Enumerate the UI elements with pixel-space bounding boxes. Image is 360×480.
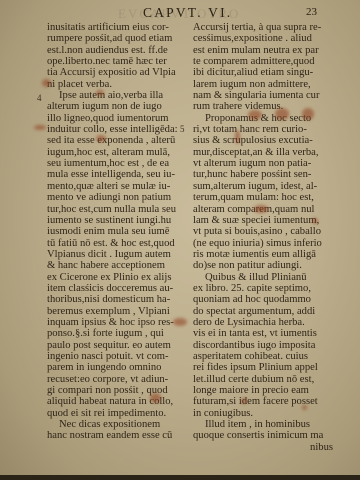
text-line: ope.liberto.nec tamē hæc ter [47,56,187,67]
page-header: CAPVT. VI. 23 [0,4,360,22]
text-line: mento,quæ alteri se mulæ iu- [47,181,187,192]
text-line: do)se non patitur adiungi. [193,260,333,271]
right-text-column: Accursij tertia, à qua supra re-cesśimus… [193,22,333,453]
text-line: iumento se sustinent iungi.hu [47,215,187,226]
text-line: vt alterum iugum non patia- [193,158,333,169]
text-line: aliquid habeat natura in collo, [47,396,187,407]
text-line: tū fatiū nō est. & hoc est,quod [47,238,187,249]
text-line: rei fides ipsum Plinium appel [193,362,333,373]
text-line: larem iugum non admittere, [193,79,333,90]
ink-stain [150,393,161,403]
text-line: tia Accursij expositio ad Vlpia [47,67,187,78]
text-line: sed ita esse exponenda , alterū [47,135,187,146]
text-line: ris motæ iumentis eum alligā [193,249,333,260]
text-line: dero de Lysimachia herba. [193,317,333,328]
ink-stain [42,79,51,87]
text-line: futuram,si idem facere posset [193,396,333,407]
text-line: inquam ipsius & hoc ipso res- [47,317,187,328]
text-line: tur,hoc est,cum nulla mula seu [47,204,187,215]
text-line: tur,hunc habere posśint sen- [193,169,333,180]
page-number: 23 [306,6,317,18]
text-line: quoniam ad hoc quodammo [193,294,333,305]
text-line: parem in iungendo omnino [47,362,187,373]
text-line: quod ei sit rei impedimento. [47,408,187,419]
text-line: nibus [193,442,333,453]
text-line: induitur collo, esse intelligēda: [47,124,187,135]
text-line: discordantibus iugo imposita [193,340,333,351]
text-line: item clasśicis docceremus au- [47,283,187,294]
text-line: hanc nostram eandem esse cū [47,430,187,441]
page-bottom-edge [0,475,360,480]
text-line: nam & singularia iumenta cur [193,90,333,101]
ink-stain [241,398,247,404]
text-line: longe maiore in precio eam [193,385,333,396]
text-line: Illud item , in hominibus [193,419,333,430]
text-line: ponso.§.si forte iugum , qui [47,328,187,339]
text-line: mula esse intelligenda, seu iu- [47,169,187,180]
ink-stain [312,218,318,224]
text-line: alterum iugum non de iugo [47,101,187,112]
text-line: beremus exemplum , Vlpiani [47,306,187,317]
text-line: mur,disceptat,an & illa verba, [193,147,333,158]
running-title: CAPVT. VI. [143,5,232,21]
ink-stain [96,90,104,96]
ink-stain [302,405,307,410]
left-text-column: inusitatis artificium eius cor-rumpere p… [47,22,187,442]
text-line: seu iumentum,hoc est , de ea [47,158,187,169]
text-line: quoque consertis inimicum ma [193,430,333,441]
ink-stain [96,135,106,142]
text-line: inusitatis artificium eius cor- [47,22,187,33]
text-line: vt puta si bouis,asino , caballo [193,226,333,237]
text-line: let.illud certe dubium nō est, [193,374,333,385]
text-line: ingenio nasci potuit. vt com- [47,351,187,362]
text-line: rumpere posśit,ad quod etiam [47,33,187,44]
text-line: est.l.non audiendus est. ff.de [47,45,187,56]
text-line: ex Cicerone ex Plinio ex alijs [47,272,187,283]
text-line: ibi dicitur,aliud etiam singu- [193,67,333,78]
text-line: iusmodi enim mula seu iumē [47,226,187,237]
text-line: sum,alterum iugum, idest, al- [193,181,333,192]
text-line: Ipse autem aio,verba illa [47,90,187,101]
text-line: paulo post sequitur. eo autem [47,340,187,351]
text-line: mento ve adiungi non patium [47,192,187,203]
ink-stain [235,130,240,144]
marginal-number-left: 4 [37,93,42,103]
ink-stain [248,110,262,120]
text-line: te comparem admittere,quod [193,56,333,67]
text-line: gi compari non posśit , quod [47,385,187,396]
ink-stain [254,205,268,213]
text-line: do spectat argumentum, addi [193,306,333,317]
text-line: ri,vt totam hanc rem curio- [193,124,333,135]
text-line: Quibus & illud Plinianū [193,272,333,283]
ink-stain [173,318,187,326]
ink-stain [275,108,289,120]
text-line: asperitatem cohibeat. cuius [193,351,333,362]
text-line: Accursij tertia, à qua supra re- [193,22,333,33]
ink-stain [34,125,46,130]
text-line: iugum,hoc est, alteram mulā, [47,147,187,158]
text-line: terum,quam mulam: hoc est, [193,192,333,203]
text-line: sius & scrupulosius excutia- [193,135,333,146]
text-line: Vlpianus dicit . Iugum autem [47,249,187,260]
book-page: EVCAPVT OTRO CAPVT. VI. 23 4 5 inusitati… [0,0,360,480]
text-line: ex libro. 25. capite septimo, [193,283,333,294]
text-line: Nec dicas expositionem [47,419,187,430]
text-line: cesśimus,expositione . aliud [193,33,333,44]
text-line: thoribus,nisi domesticum ha- [47,294,187,305]
text-line: ni placet verba. [47,79,187,90]
text-line: (ne equo iniuria) simus inferio [193,238,333,249]
text-line: & hanc habere acceptionem [47,260,187,271]
text-line: vis ei in tanta est, vt iumentis [193,328,333,339]
text-line: est enim mulam neutra ex par [193,45,333,56]
text-line: illo ligneo,quod iumentorum [47,113,187,124]
ink-stain [302,108,314,120]
text-line: in coniugibus. [193,408,333,419]
text-line: recuset:eo corpore, vt adiun- [47,374,187,385]
